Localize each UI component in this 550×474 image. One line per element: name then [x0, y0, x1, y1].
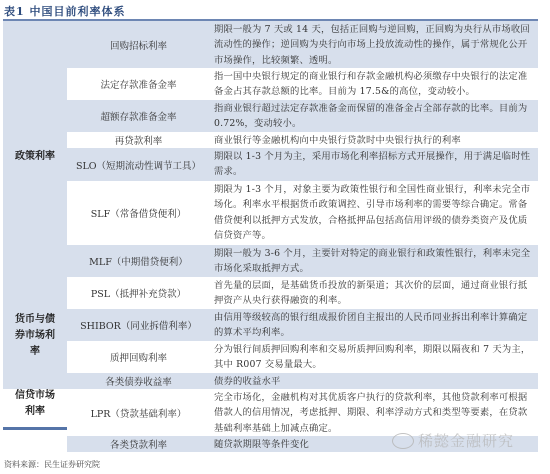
- source-note: 资料来源：民生证券研究院: [4, 459, 100, 470]
- table-row: 再贷款利率 商业银行等金融机构向中央银行贷款时中央银行执行的利率: [67, 132, 538, 148]
- rate-name: 回购招标利率: [67, 21, 210, 68]
- rate-description: 商业银行等金融机构向中央银行贷款时中央银行执行的利率: [210, 132, 538, 148]
- category-money-bond-market: 货币与债券市场利率: [3, 292, 67, 380]
- rate-name: SLO（短期流动性调节工具）: [67, 148, 210, 181]
- watermark: 稀懿金融研究: [392, 430, 514, 451]
- rate-name: 各类贷款利率: [67, 436, 210, 452]
- rate-description: 债券的收益水平: [210, 373, 538, 389]
- table-title: 表1 中国目前利率体系: [4, 3, 125, 19]
- rate-description: 期限以 1-3 个月为主，采用市场化利率招标方式开展操作，用于满足临时性需求。: [210, 148, 538, 181]
- rate-name: 再贷款利率: [67, 132, 210, 148]
- rate-description: 指一国中央银行规定的商业银行和存款金融机构必须缴存中央银行的法定准备金占其存款总…: [210, 68, 538, 100]
- rate-name: 各类债券收益率: [67, 373, 210, 389]
- wechat-icon: [392, 433, 414, 449]
- rate-description: 分为银行间质押回购利率和交易所质押回购利率，期限以隔夜和 7 天为主，其中 R0…: [210, 341, 538, 373]
- rate-description: 期限为 1-3 个月，对象主要为政策性银行和全国性商业银行，利率未完全市场化。利…: [210, 181, 538, 245]
- rate-description: 指商业银行超过法定存款准备金而保留的准备金占全部存款的比率。目前为 0.72%，…: [210, 100, 538, 132]
- rate-description: 首先量的层面，是基础货币投放的新渠道；其次价的层面，通过商业银行抵押资产从央行获…: [210, 277, 538, 309]
- rate-name: 超额存款准备金率: [67, 100, 210, 132]
- rate-name: LPR（贷款基础利率）: [67, 389, 210, 436]
- table-row: MLF（中期借贷便利） 期限一般为 3-6 个月，主要针对特定的商业银行和政策性…: [67, 245, 538, 277]
- table-row: 回购招标利率 期限一般为 7 天或 14 天，包括正回购与逆回购，正回购为央行从…: [3, 21, 538, 68]
- table-row: PSL（抵押补充贷款） 首先量的层面，是基础货币投放的新渠道；其次价的层面，通过…: [67, 277, 538, 309]
- interest-rate-table: 政策利率 货币与债券市场利率 信贷市场利率 信贷市场利率 回购招标利率 期限一般…: [3, 19, 538, 430]
- table-row: SLO（短期流动性调节工具） 期限以 1-3 个月为主，采用市场化利率招标方式开…: [67, 148, 538, 181]
- rate-description: 由信用等级较高的银行组成报价团自主报出的人民币同业拆出利率计算确定的算术平均利率…: [210, 309, 538, 341]
- table-row: 各类债券收益率 债券的收益水平: [3, 373, 538, 389]
- table-row: SHIBOR（同业拆借利率） 由信用等级较高的银行组成报价团自主报出的人民币同业…: [67, 309, 538, 341]
- rate-name: PSL（抵押补充贷款）: [67, 277, 210, 309]
- table-row: LPR（贷款基础利率） 完全市场化，金融机构对其优质客户执行的贷款利率，其他贷款…: [67, 389, 538, 436]
- table-row: SLF（常备借贷便利） 期限为 1-3 个月，对象主要为政策性银行和全国性商业银…: [67, 181, 538, 245]
- category-label: 政策利率: [15, 149, 55, 165]
- table-row: 质押回购利率 分为银行间质押回购利率和交易所质押回购利率，期限以隔夜和 7 天为…: [67, 341, 538, 373]
- rate-name: SHIBOR（同业拆借利率）: [67, 309, 210, 341]
- table-row: 法定存款准备金率 指一国中央银行规定的商业银行和存款金融机构必须缴存中央银行的法…: [67, 68, 538, 100]
- category-label: 信贷市场利率: [15, 388, 55, 420]
- rate-description: 期限一般为 7 天或 14 天，包括正回购与逆回购，正回购为央行从市场收回流动性…: [210, 21, 538, 68]
- rate-description: 完全市场化，金融机构对其优质客户执行的贷款利率，其他贷款利率可根据借款人的信用情…: [210, 389, 538, 436]
- rate-name: SLF（常备借贷便利）: [67, 181, 210, 245]
- rate-name: MLF（中期借贷便利）: [67, 245, 210, 277]
- rate-name: 质押回购利率: [67, 341, 210, 373]
- watermark-text: 稀懿金融研究: [418, 430, 514, 451]
- rate-name: 法定存款准备金率: [67, 68, 210, 100]
- table-row: 超额存款准备金率 指商业银行超过法定存款准备金而保留的准备金占全部存款的比率。目…: [67, 100, 538, 132]
- rate-description: 期限一般为 3-6 个月，主要针对特定的商业银行和政策性银行，利率未完全市场化采…: [210, 245, 538, 277]
- category-label: 货币与债券市场利率: [11, 312, 59, 360]
